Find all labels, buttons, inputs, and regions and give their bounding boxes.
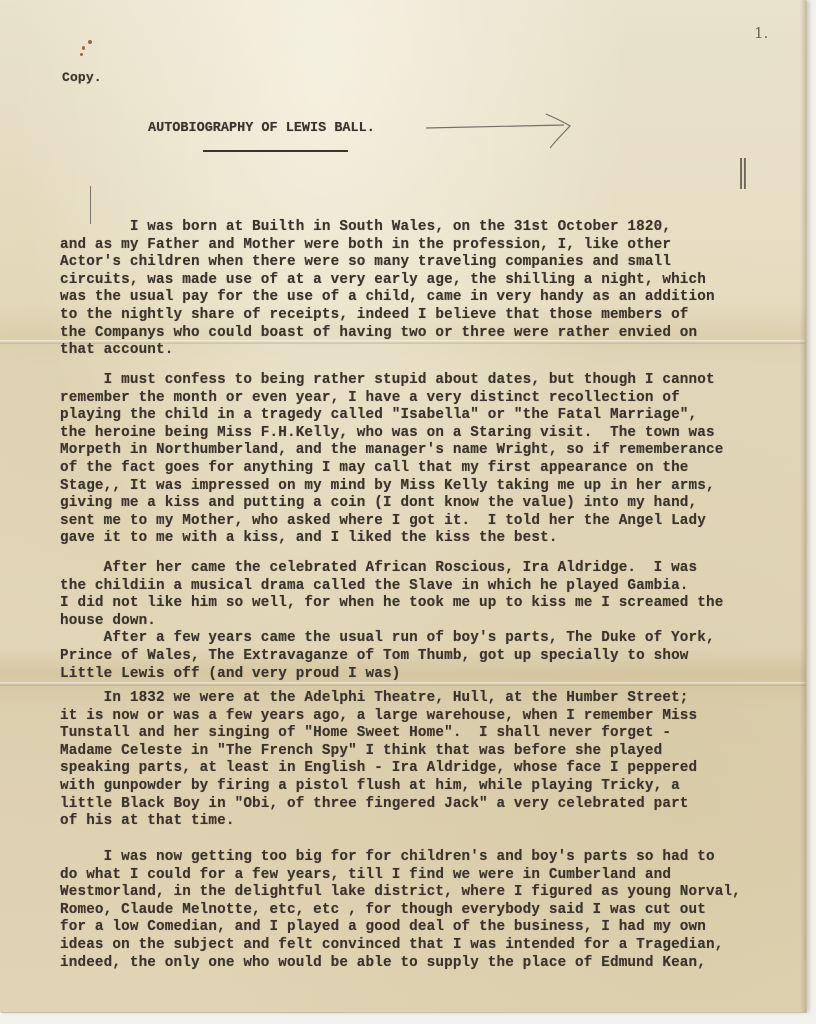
text-line: ideas on the subject and felt convinced … xyxy=(60,937,800,955)
text-line: speaking parts, at least in English - Ir… xyxy=(60,760,800,778)
text-line: gave it to me with a kiss, and I liked t… xyxy=(60,530,800,548)
text-line: of the fact goes for anything I may call… xyxy=(60,460,800,478)
text-line: Morpeth in Northumberland, and the manag… xyxy=(60,442,800,460)
text-line: do what I could for a few years, till I … xyxy=(60,867,800,885)
text-line: was the usual pay for the use of a child… xyxy=(60,289,800,307)
copy-label: Copy. xyxy=(62,70,102,85)
text-line: giving me a kiss and putting a coin (I d… xyxy=(60,495,800,513)
text-line: house down. xyxy=(60,613,800,631)
page-number: 1. xyxy=(754,24,768,42)
text-line: with gunpowder by firing a pistol flush … xyxy=(60,778,800,796)
document-page: 1. ‖ Copy. AUTOBIOGRAPHY OF LEWIS BALL. … xyxy=(0,0,806,1012)
title-underline xyxy=(203,150,348,152)
text-line: and as my Father and Mother were both in… xyxy=(60,237,800,255)
text-line: that account. xyxy=(60,342,800,360)
text-line: Prince of Wales, The Extravaganze of Tom… xyxy=(60,648,800,666)
paragraph: In 1832 we were at the Adelphi Theatre, … xyxy=(60,690,800,831)
text-line: Westmorland, in the delightful lake dist… xyxy=(60,884,800,902)
text-line: playing the child in a tragedy called "I… xyxy=(60,407,800,425)
paragraph: I must confess to being rather stupid ab… xyxy=(60,372,800,548)
text-line: I must confess to being rather stupid ab… xyxy=(60,372,800,390)
text-line: Romeo, Claude Melnotte, etc, etc , for t… xyxy=(60,902,800,920)
pencil-arrow-icon xyxy=(424,112,574,152)
pencil-mark: ‖ xyxy=(737,153,749,189)
text-line: In 1832 we were at the Adelphi Theatre, … xyxy=(60,690,800,708)
text-line: sent me to my Mother, who asked where I … xyxy=(60,513,800,531)
text-line: After a few years came the usual run of … xyxy=(60,630,800,648)
text-line: I was now getting too big for for childr… xyxy=(60,849,800,867)
text-line: for a low Comedian, and I played a good … xyxy=(60,919,800,937)
text-line: I was born at Builth in South Wales, on … xyxy=(60,219,800,237)
rust-stain xyxy=(80,53,83,56)
rust-stain xyxy=(82,46,85,50)
text-line: remember the month or even year, I have … xyxy=(60,390,800,408)
document-title: AUTOBIOGRAPHY OF LEWIS BALL. xyxy=(148,121,375,136)
text-line: Tunstall and her singing of "Home Sweet … xyxy=(60,725,800,743)
rust-stain xyxy=(88,40,92,44)
text-line: of his at that time. xyxy=(60,813,800,831)
paragraph: I was now getting too big for for childr… xyxy=(60,849,800,972)
text-line: Little Lewis off (and very proud I was) xyxy=(60,666,800,684)
text-line: Madame Celeste in "The French Spy" I thi… xyxy=(60,743,800,761)
text-line: it is now or was a few years ago, a larg… xyxy=(60,708,800,726)
text-line: I did not like him so well, for when he … xyxy=(60,595,800,613)
text-line: little Black Boy in "Obi, of three finge… xyxy=(60,796,800,814)
text-line: circuits, was made use of at a very earl… xyxy=(60,272,800,290)
text-line: Actor's children when there were so many… xyxy=(60,254,800,272)
text-line: Stage,, It was impressed on my mind by M… xyxy=(60,478,800,496)
text-line: the childiin a musical drama called the … xyxy=(60,578,800,596)
text-line: the Companys who could boast of having t… xyxy=(60,325,800,343)
text-line: the heroine being Miss F.H.Kelly, who wa… xyxy=(60,425,800,443)
text-line: After her came the celebrated African Ro… xyxy=(60,560,800,578)
text-line: indeed, the only one who would be able t… xyxy=(60,955,800,973)
text-line: to the nightly share of receipts, indeed… xyxy=(60,307,800,325)
paragraph: After her came the celebrated African Ro… xyxy=(60,560,800,683)
paragraph: I was born at Builth in South Wales, on … xyxy=(60,219,800,360)
